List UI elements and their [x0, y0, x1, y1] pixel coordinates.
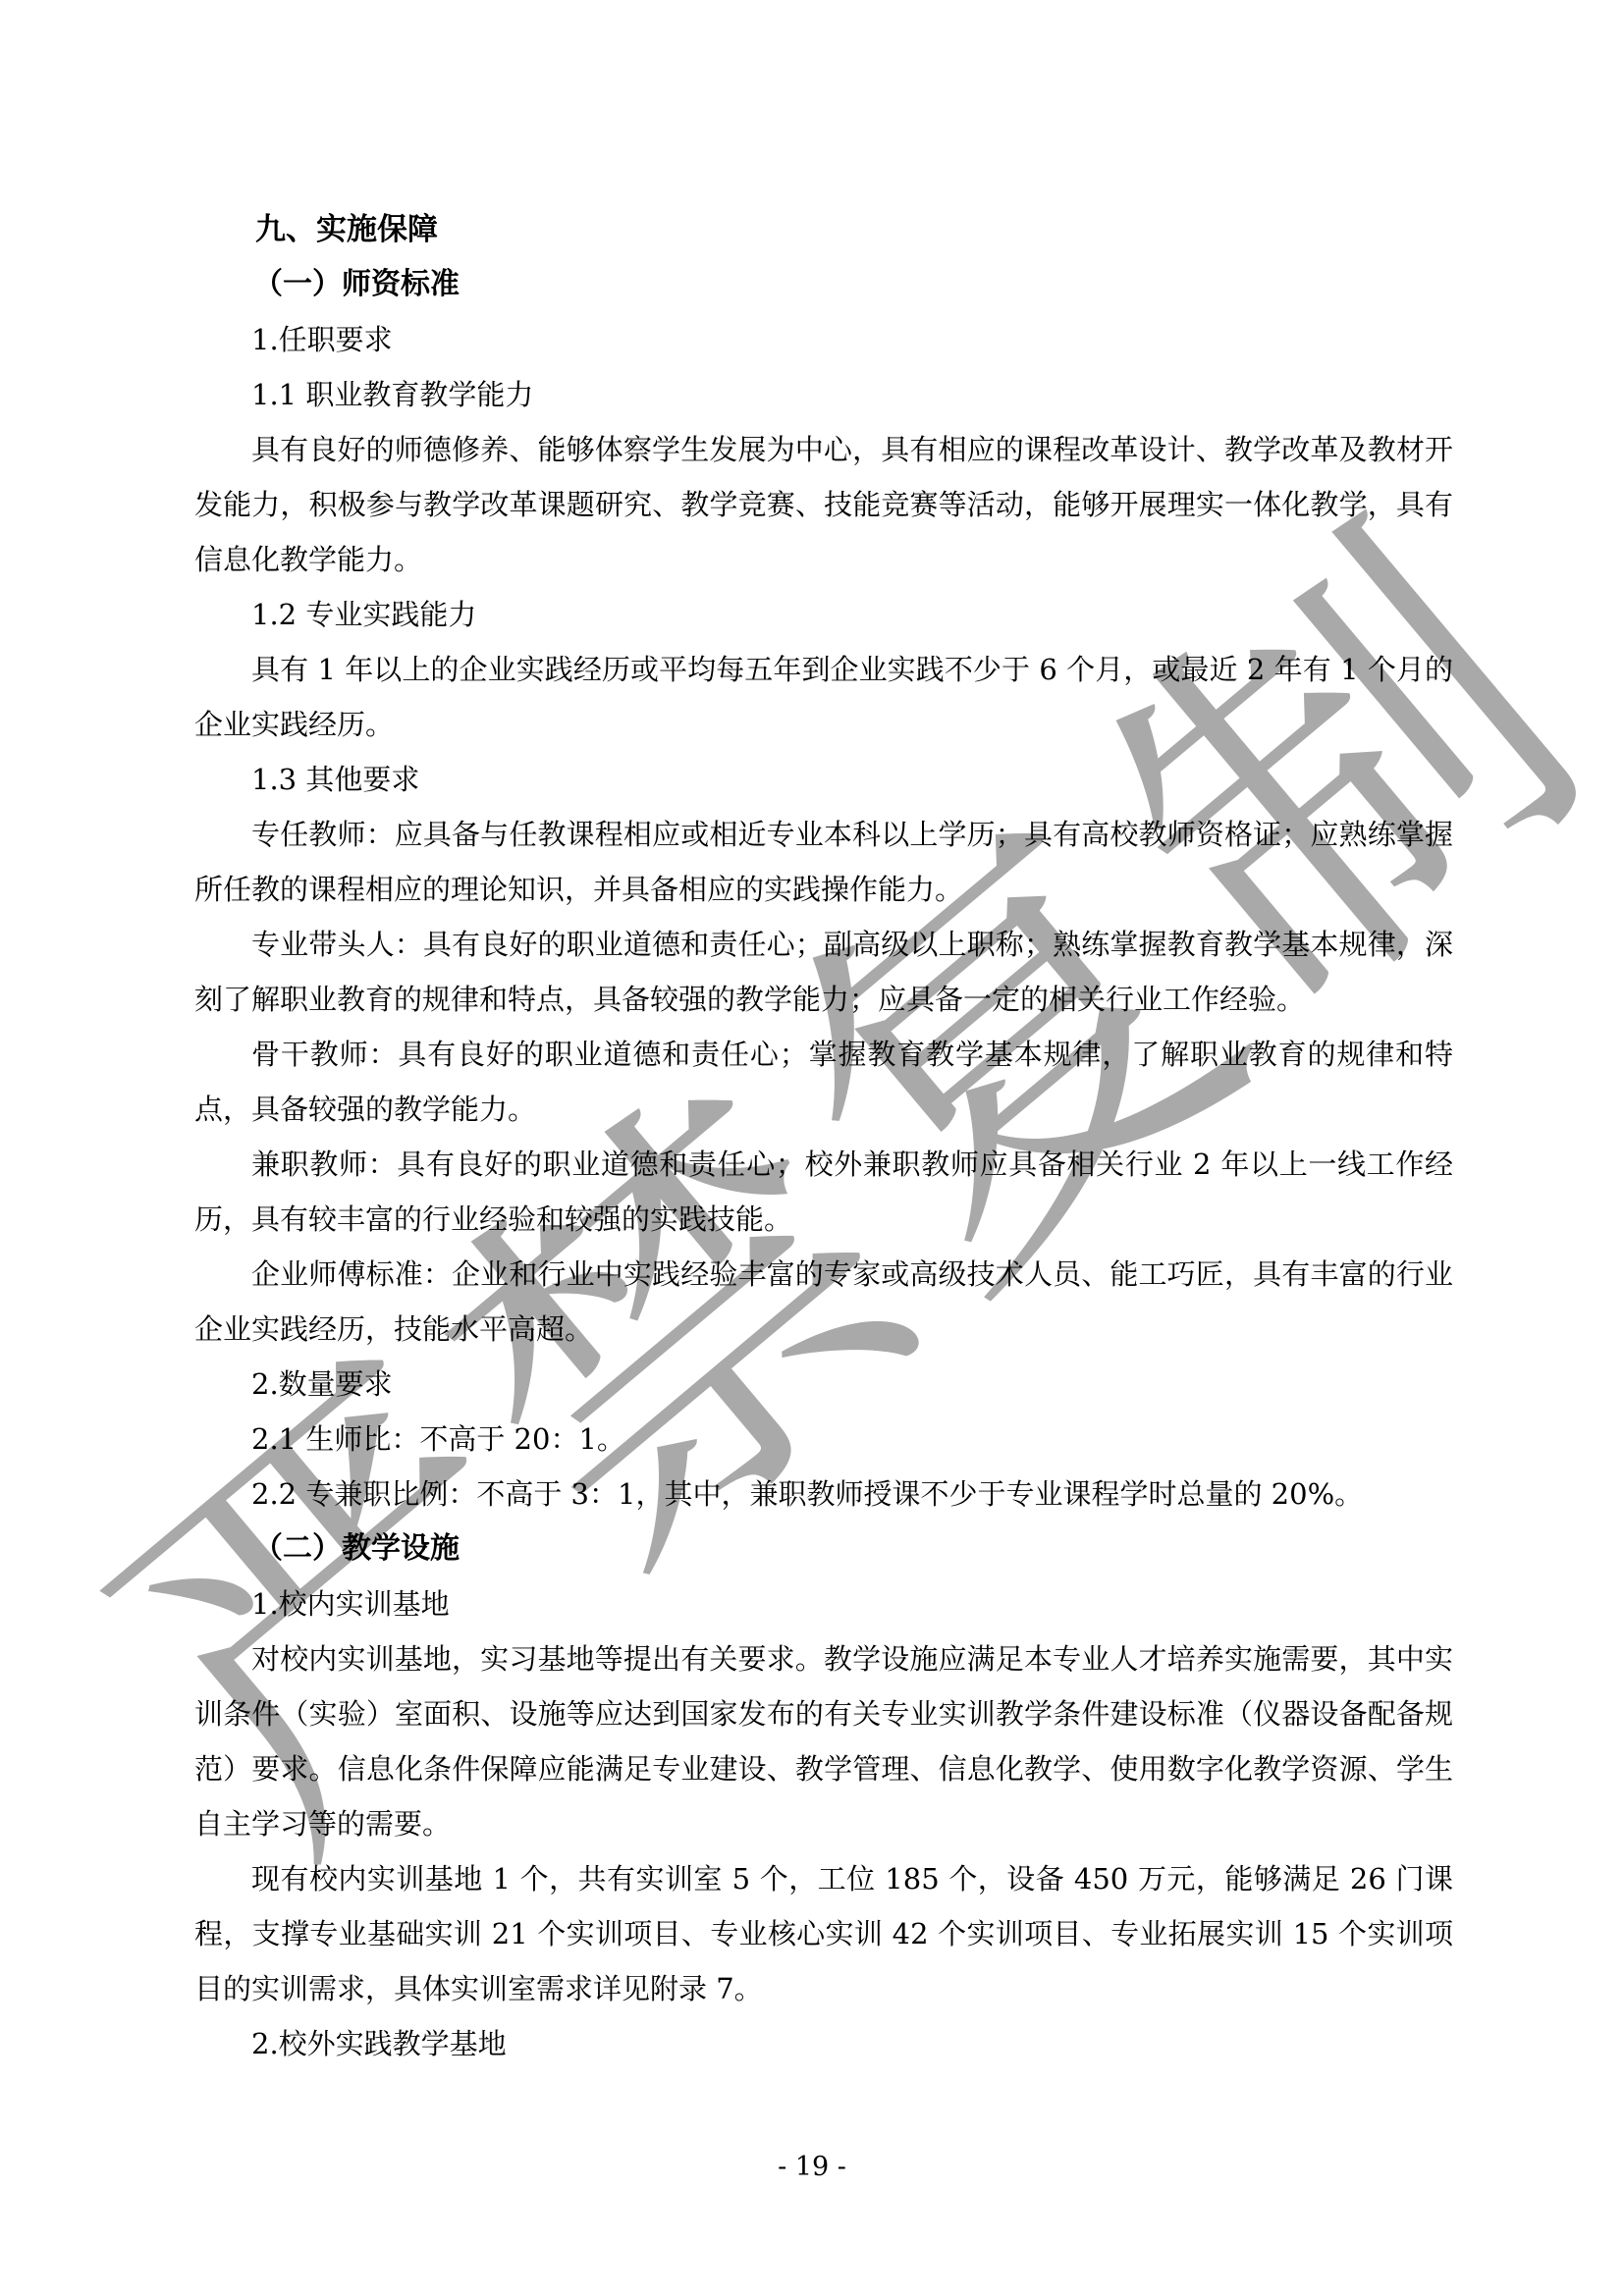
clause-heading: 1.任职要求 — [194, 312, 1453, 367]
page-number: - 19 - — [0, 2153, 1624, 2182]
body-paragraph: 对校内实训基地，实习基地等提出有关要求。教学设施应满足本专业人才培养实施需要，其… — [194, 1631, 1453, 1851]
section-heading: 九、实施保障 — [194, 202, 1453, 257]
body-paragraph: 专业带头人：具有良好的职业道德和责任心；副高级以上职称；熟练掌握教育教学基本规律… — [194, 917, 1453, 1027]
clause-heading: 1.2 专业实践能力 — [194, 587, 1453, 642]
clause-heading: 2.数量要求 — [194, 1357, 1453, 1412]
body-paragraph: 专任教师：应具备与任教课程相应或相近专业本科以上学历；具有高校教师资格证；应熟练… — [194, 807, 1453, 917]
clause-heading: 2.2 专兼职比例：不高于 3：1，其中，兼职教师授课不少于专业课程学时总量的 … — [194, 1467, 1453, 1522]
clause-heading: 1.3 其他要求 — [194, 752, 1453, 807]
subsection-heading: （二）教学设施 — [194, 1522, 1453, 1576]
document-page: 严禁复制 九、实施保障（一）师资标准1.任职要求1.1 职业教育教学能力具有良好… — [0, 0, 1624, 2296]
clause-heading: 2.1 生师比：不高于 20：1。 — [194, 1412, 1453, 1467]
body-paragraph: 企业师傅标准：企业和行业中实践经验丰富的专家或高级技术人员、能工巧匠，具有丰富的… — [194, 1247, 1453, 1357]
clause-heading: 2.校外实践教学基地 — [194, 2016, 1453, 2071]
body-paragraph: 具有 1 年以上的企业实践经历或平均每五年到企业实践不少于 6 个月，或最近 2… — [194, 642, 1453, 752]
clause-heading: 1.校内实训基地 — [194, 1576, 1453, 1631]
body-paragraph: 具有良好的师德修养、能够体察学生发展为中心，具有相应的课程改革设计、教学改革及教… — [194, 422, 1453, 587]
body-paragraph: 骨干教师：具有良好的职业道德和责任心；掌握教育教学基本规律，了解职业教育的规律和… — [194, 1027, 1453, 1137]
document-content: 九、实施保障（一）师资标准1.任职要求1.1 职业教育教学能力具有良好的师德修养… — [194, 202, 1453, 2071]
clause-heading: 1.1 职业教育教学能力 — [194, 367, 1453, 422]
body-paragraph: 现有校内实训基地 1 个，共有实训室 5 个，工位 185 个，设备 450 万… — [194, 1851, 1453, 2016]
body-paragraph: 兼职教师：具有良好的职业道德和责任心；校外兼职教师应具备相关行业 2 年以上一线… — [194, 1137, 1453, 1247]
subsection-heading: （一）师资标准 — [194, 257, 1453, 312]
